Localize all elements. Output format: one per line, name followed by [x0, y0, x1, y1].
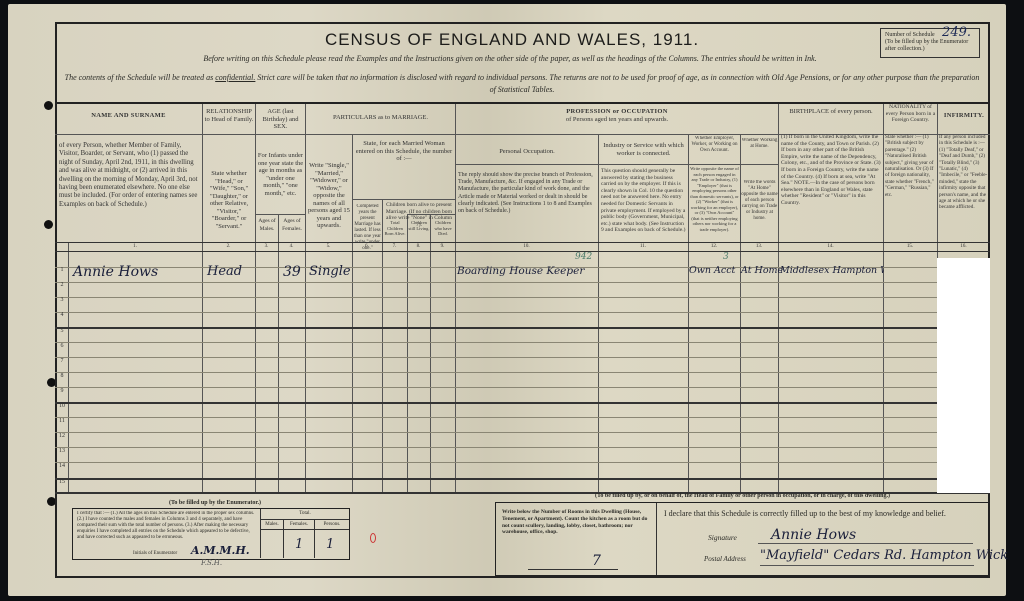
enumerator-box: I certify that :— (1.) All the ages on t… — [72, 508, 350, 560]
total-persons: 1 — [326, 537, 334, 552]
header-marriage: PARTICULARS as to MARRIAGE. — [306, 114, 455, 122]
head-signature: Annie Hows — [771, 527, 856, 543]
total-females: 1 — [295, 537, 303, 552]
redacted-area — [937, 258, 990, 493]
row-number: 4 — [57, 312, 67, 318]
red-mark — [370, 533, 376, 543]
occupation-code: 942 — [575, 252, 592, 262]
census-table: NAME AND SURNAME of every Person, whethe… — [55, 102, 990, 492]
schedule-number-box: Number of Schedule (To be filled up by t… — [880, 28, 980, 58]
enumerator-title: (To be filled up by the Enumerator.) — [60, 500, 370, 506]
header-age: AGE (last Birthday) and SEX. — [256, 108, 305, 131]
cell-marital: Single — [309, 264, 351, 279]
cell-relationship: Head — [207, 264, 242, 279]
header-birthplace: BIRTHPLACE of every person. — [779, 108, 883, 116]
household-box: Write below the Number of Rooms in this … — [495, 502, 990, 576]
row-number: 5 — [57, 328, 67, 334]
header-occupation: PROFESSION or OCCUPATIONof Persons aged … — [456, 108, 778, 123]
punch-hole — [44, 220, 53, 229]
cell-at-home: At Home — [741, 265, 783, 276]
cell-employer: Own Acct — [689, 265, 735, 276]
row-number: 10 — [57, 403, 67, 409]
punch-hole — [44, 101, 53, 110]
instruction-line-2: The contents of the Schedule will be tre… — [62, 72, 982, 96]
schedule-number: 249. — [942, 29, 971, 36]
household-title: (To be filled up by, or on behalf of, th… — [495, 493, 990, 499]
cell-birthplace: Middlesex Hampton Wick — [780, 265, 884, 276]
row-number: 1 — [57, 267, 67, 273]
rooms-count: 7 — [592, 553, 601, 569]
row-number: 12 — [57, 433, 67, 439]
row-number: 9 — [57, 388, 67, 394]
cell-name: Annie Hows — [73, 264, 158, 280]
page-title: CENSUS OF ENGLAND AND WALES, 1911. — [0, 30, 1024, 50]
header-relationship: RELATIONSHIP to Head of Family. — [203, 108, 255, 123]
postal-address: "Mayfield" Cedars Rd. Hampton Wick — [760, 548, 1008, 563]
header-infirmity: INFIRMITY. — [938, 112, 990, 120]
header-name: NAME AND SURNAME — [55, 112, 202, 120]
row-number: 14 — [57, 463, 67, 469]
row-number: 8 — [57, 373, 67, 379]
row-number: 15 — [57, 479, 67, 485]
row-number: 7 — [57, 358, 67, 364]
row-number: 6 — [57, 343, 67, 349]
enumerator-initials: A.M.M.H. — [191, 544, 250, 557]
instruction-line-1: Before writing on this Schedule please r… — [60, 54, 960, 63]
row-number: 2 — [57, 282, 67, 288]
cell-occupation: Boarding House Keeper — [457, 265, 584, 277]
header-nationality: NATIONALITY of every Person born in a Fo… — [884, 104, 937, 124]
row-number: 11 — [57, 418, 67, 424]
cell-age-female: 39 — [283, 264, 301, 280]
row-number: 3 — [57, 297, 67, 303]
employer-code: 3 — [723, 252, 729, 262]
row-number: 13 — [57, 448, 67, 454]
